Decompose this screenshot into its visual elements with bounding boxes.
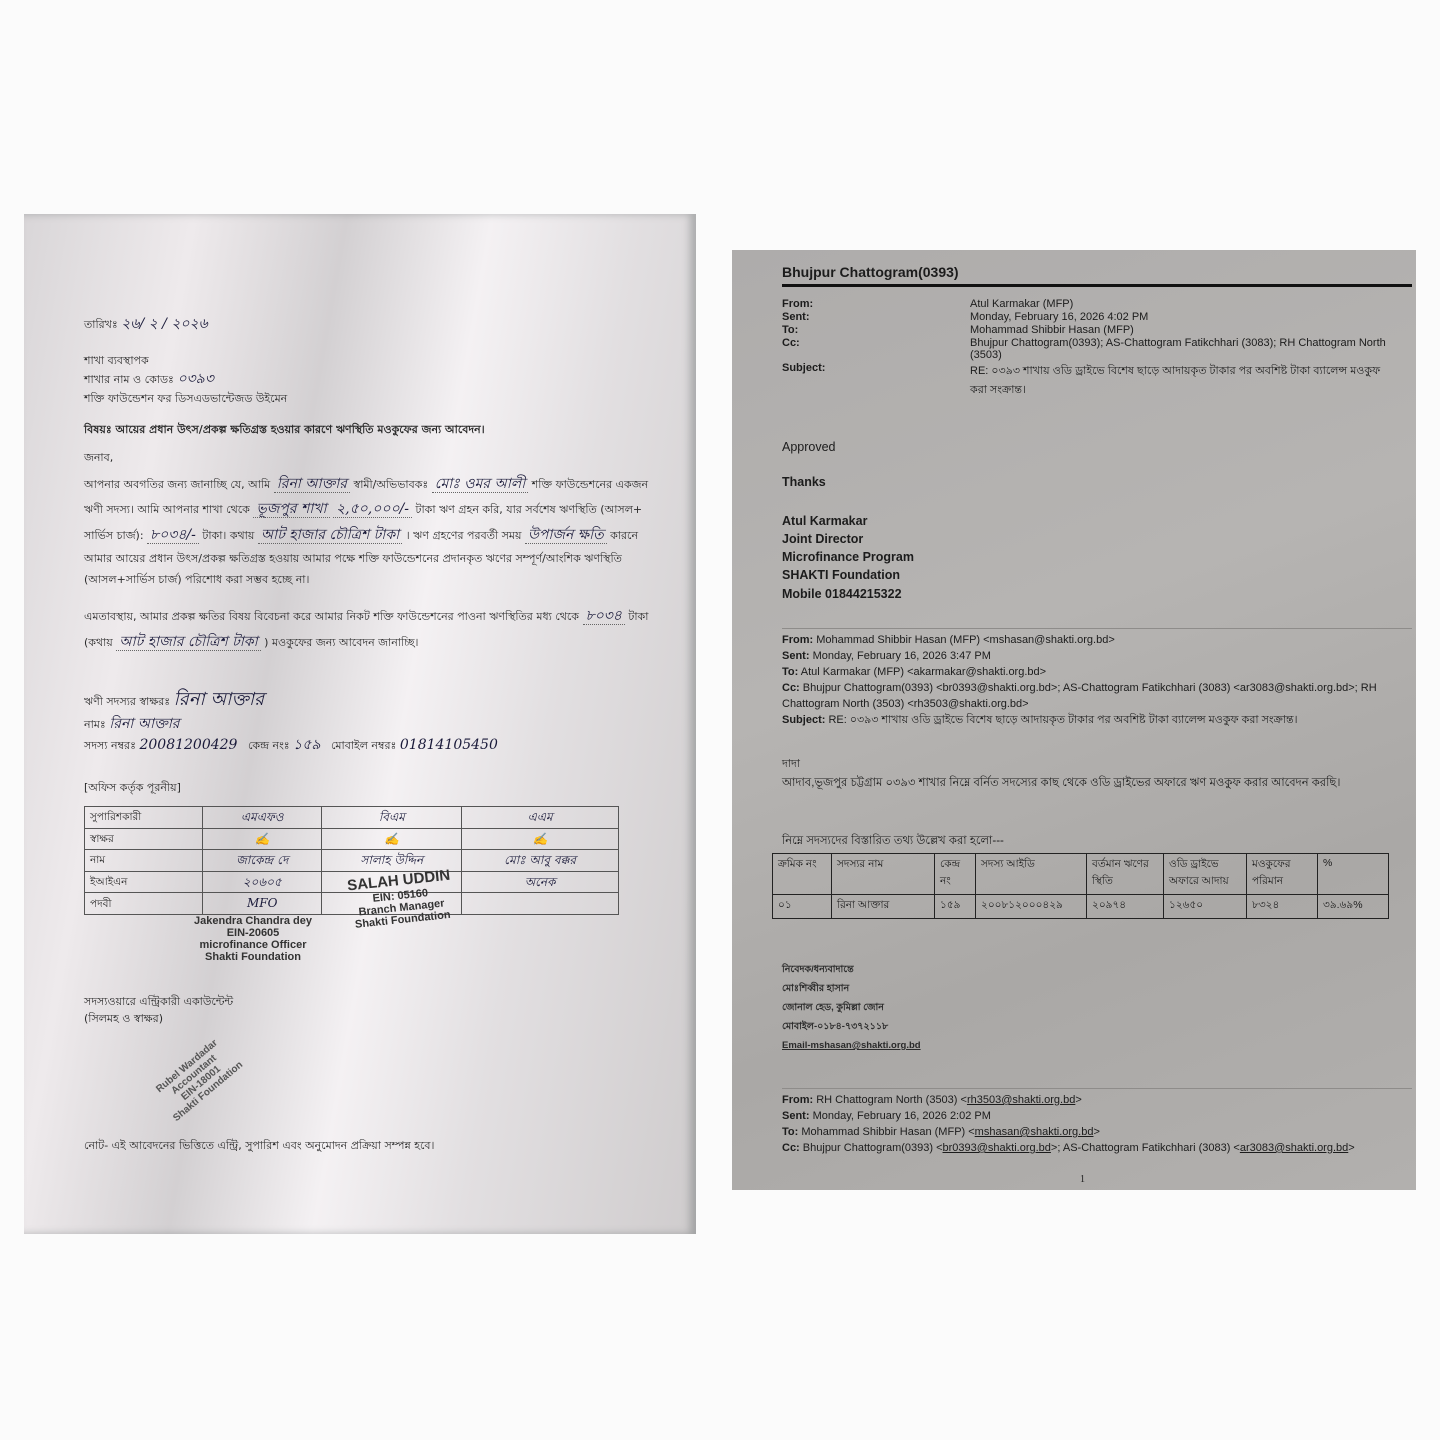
- table-cell: ২০৯৭৪: [1087, 895, 1164, 919]
- printed-email: Bhujpur Chattogram(0393) From: Atul Karm…: [732, 250, 1416, 1190]
- scanned-application-letter: তারিখঃ ২৬/ ২ / ২০২৬ শাখা ব্যবস্থাপক শাখা…: [24, 214, 696, 1234]
- branch-handwritten: ভূজপুর শাখা: [253, 501, 329, 518]
- email-closing: নিবেদক/ধন্যবাদান্তে মোঃশিব্বীর হাসান জোন…: [782, 960, 1392, 1055]
- text: ) মওকুফের জন্য আবেদন জানাচ্ছি।: [264, 636, 418, 649]
- to-label: To:: [782, 324, 970, 336]
- waive-amount-handwritten: ৮০৩৪: [583, 608, 625, 625]
- table-cell: ২০০৮১২০০০৪২৯: [976, 895, 1087, 919]
- email-body: আদাব,ভূজপুর চট্টগ্রাম ০৩৯৩ শাখার নিম্নে …: [782, 775, 1392, 793]
- waive-words-handwritten: আট হাজার চৌত্রিশ টাকা: [116, 634, 260, 651]
- from-email-link[interactable]: rh3503@shakti.org.bd: [967, 1094, 1075, 1106]
- sent-label: Sent:: [782, 650, 810, 662]
- member-name-line: নামঃ রিনা আক্তার: [84, 714, 664, 736]
- from-value: Atul Karmakar (MFP): [970, 298, 1392, 310]
- table-intro: নিম্নে সদস্যদের বিস্তারিত তথ্য উল্লেখ কর…: [782, 832, 1392, 851]
- from-label: From:: [782, 298, 970, 310]
- signature-label: ঋণী সদস্যর স্বাক্ষরঃ: [84, 695, 170, 708]
- punct: >: [1093, 1126, 1099, 1138]
- office-use-note: [অফিস কর্তৃক পূরনীয়]: [84, 779, 664, 796]
- row-label: পদবী: [85, 893, 203, 915]
- stamp-branch-manager: SALAH UDDINEIN: 05160Branch ManagerShakt…: [347, 868, 455, 931]
- cc-email-link[interactable]: ar3083@shakti.org.bd: [1240, 1142, 1348, 1154]
- to-label: To:: [782, 666, 798, 678]
- text: এমতাবস্থায়, আমার প্রকল্প ক্ষতির বিষয় ব…: [84, 610, 579, 623]
- member-signature: রিনা আক্তার: [174, 689, 264, 710]
- cell: অনেক: [462, 871, 619, 893]
- table-cell: ৩৯.৬৯%: [1318, 895, 1389, 919]
- sent-label: Sent:: [782, 311, 970, 323]
- center-no: ১৫৯: [293, 737, 320, 753]
- guardian-handwritten: মোঃ ওমর আলী: [432, 476, 528, 493]
- approval-row: স্বাক্ষর✍✍✍: [85, 828, 619, 850]
- center-label: কেন্দ্র নংঃ: [248, 739, 290, 752]
- stamp-line: EIN-20605: [194, 927, 312, 939]
- stamp-accountant: Rubel WardadarAccountantEIN-18001Shakti …: [150, 1034, 245, 1124]
- stamp-line: Shakti Foundation: [194, 951, 312, 963]
- salutation: জনাব,: [84, 449, 664, 466]
- table-cell: ১২৬৫০: [1164, 895, 1247, 919]
- text: টাকা। কথায়: [202, 529, 254, 542]
- table-cell: রিনা আক্তার: [832, 895, 935, 919]
- column-header: ক্রমিক নং: [773, 854, 832, 895]
- stamp-line: Jakendra Chandra dey: [194, 915, 312, 927]
- member-no: 20081200429: [139, 737, 237, 753]
- table-cell: ৮৩২৪: [1247, 895, 1318, 919]
- email-signature: Atul Karmakar Joint Director Microfinanc…: [782, 512, 1392, 603]
- column-header: ওডি ড্রাইভে অফারে আদায়: [1164, 854, 1247, 895]
- branch-line: শাখার নাম ও কোডঃ ০৩৯৩: [84, 369, 664, 391]
- page-number: 1: [1080, 1174, 1085, 1185]
- closing-line: নিবেদক/ধন্যবাদান্তে: [782, 960, 1392, 979]
- to-label: To:: [782, 1126, 798, 1138]
- table-row: ০১রিনা আক্তার১৫৯২০০৮১২০০০৪২৯২০৯৭৪১২৬৫০৮৩…: [773, 895, 1389, 919]
- letter-subject: বিষয়ঃ আয়ের প্রধান উৎস/প্রকল্প ক্ষতিগ্র…: [84, 421, 664, 438]
- member-details-line: সদস্য নম্বরঃ 20081200429 কেন্দ্র নংঃ ১৫৯…: [84, 735, 664, 757]
- subject-value: RE: ০৩৯৩ শাখায় ওডি ড্রাইভে বিশেষ ছাড়ে …: [828, 714, 1297, 726]
- text: স্বামী/অভিভাবকঃ: [354, 478, 429, 491]
- subject-value: RE: ০৩৯৩ শাখায় ওডি ড্রাইভে বিশেষ ছাড়ে …: [970, 362, 1392, 400]
- column-header: %: [1318, 854, 1389, 895]
- table-cell: ০১: [773, 895, 832, 919]
- member-name-handwritten: রিনা আক্তার: [274, 476, 350, 493]
- sig-mobile: Mobile 01844215322: [782, 585, 1392, 603]
- cc-email-link[interactable]: br0393@shakti.org.bd: [943, 1142, 1051, 1154]
- table-cell: ১৫৯: [935, 895, 976, 919]
- date-value: ২৬/ ২ / ২০২৬: [121, 316, 208, 332]
- quoted-email-2-header: From: RH Chattogram North (3503) <rh3503…: [782, 1088, 1412, 1157]
- letter-paragraph-1: আপনার অবগতির জন্য জানাচ্ছি যে, আমি রিনা …: [84, 472, 664, 590]
- cell: মোঃ আবু বক্কর: [462, 850, 619, 872]
- cc-label: Cc:: [782, 337, 970, 361]
- member-name: রিনা আক্তার: [109, 716, 179, 732]
- cc-label: Cc:: [782, 1142, 800, 1154]
- row-label: স্বাক্ষর: [85, 828, 203, 850]
- greeting: দাদা: [782, 755, 1392, 774]
- branch-code: ০৩৯৩: [177, 371, 213, 387]
- approved-text: Approved: [782, 440, 1392, 454]
- closing-title: জোনাল হেড, কুমিল্লা জোন: [782, 998, 1392, 1017]
- cell: ✍: [202, 828, 322, 850]
- subject-label: Subject:: [782, 714, 825, 726]
- closing-name: মোঃশিব্বীর হাসান: [782, 979, 1392, 998]
- text: । ঋণ গ্রহণের পরবর্তী সময়: [406, 529, 522, 542]
- stamp-line: microfinance Officer: [194, 939, 312, 951]
- cell: ✍: [322, 828, 462, 850]
- sent-value: Monday, February 16, 2026 3:47 PM: [813, 650, 991, 662]
- cc-value: Bhujpur Chattogram(0393); AS-Chattogram …: [970, 337, 1392, 361]
- thanks-text: Thanks: [782, 475, 1392, 489]
- row-label: নাম: [85, 850, 203, 872]
- cell: ২০৬০৫: [202, 871, 322, 893]
- member-no-label: সদস্য নম্বরঃ: [84, 739, 136, 752]
- sig-org: SHAKTI Foundation: [782, 566, 1392, 584]
- column-header: সদস্যর নাম: [832, 854, 935, 895]
- cell: [462, 893, 619, 915]
- branch-label: শাখার নাম ও কোডঃ: [84, 373, 174, 386]
- to-email-link[interactable]: mshasan@shakti.org.bd: [975, 1126, 1094, 1138]
- stamp-mfo: Jakendra Chandra deyEIN-20605microfinanc…: [194, 915, 312, 963]
- punct: >: [1348, 1142, 1354, 1154]
- mobile-label: মোবাইল নম্বরঃ: [331, 739, 396, 752]
- approval-row: নামজাকেন্দ্র দেসালাহ উদ্দিনমোঃ আবু বক্কর: [85, 850, 619, 872]
- member-signature-line: ঋণী সদস্যর স্বাক্ষরঃ রিনা আক্তার: [84, 686, 664, 714]
- column-header: কেন্দ্র নং: [935, 854, 976, 895]
- cc-value: Bhujpur Chattogram(0393) <br0393@shakti.…: [782, 682, 1377, 710]
- quoted-email-1-header: From: Mohammad Shibbir Hasan (MFP) <msha…: [782, 628, 1412, 729]
- reason-handwritten: উপার্জন ক্ষতি: [525, 527, 607, 544]
- cell: এএম: [462, 807, 619, 829]
- date-label: তারিখঃ: [84, 318, 118, 331]
- cell: বিএম: [322, 807, 462, 829]
- to-value: Atul Karmakar (MFP) <akarmakar@shakti.or…: [801, 666, 1046, 678]
- subject-label: Subject:: [782, 362, 970, 400]
- row-label: সুপারিশকারী: [85, 807, 203, 829]
- from-label: From:: [782, 1094, 813, 1106]
- cell: MFO: [202, 893, 322, 915]
- waiver-table: ক্রমিক নংসদস্যর নামকেন্দ্র নংসদস্য আইডিব…: [772, 853, 1389, 919]
- accountant-sub: (সিলমহ ও স্বাক্ষর): [84, 1010, 664, 1027]
- stamps: Jakendra Chandra deyEIN-20605microfinanc…: [84, 915, 664, 985]
- to-value: Mohammad Shibbir Hasan (MFP): [970, 324, 1392, 336]
- mobile-no: 01814105450: [400, 737, 498, 753]
- cc-name: Bhujpur Chattogram(0393) <: [803, 1142, 943, 1154]
- organization: শক্তি ফাউন্ডেশন ফর ডিসএডভান্টেজড উইমেন: [84, 390, 664, 407]
- cell: জাকেন্দ্র দে: [202, 850, 322, 872]
- column-header: সদস্য আইডি: [976, 854, 1087, 895]
- sig-department: Microfinance Program: [782, 548, 1392, 566]
- sent-value: Monday, February 16, 2026 2:02 PM: [813, 1110, 991, 1122]
- sent-value: Monday, February 16, 2026 4:02 PM: [970, 311, 1392, 323]
- balance-handwritten: ৮০৩৪/-: [147, 527, 199, 544]
- cell: এমএফও: [202, 807, 322, 829]
- recipient: শাখা ব্যবস্থাপক: [84, 352, 664, 369]
- closing-email: Email-mshasan@shakti.org.bd: [782, 1036, 1392, 1055]
- sig-title: Joint Director: [782, 530, 1392, 548]
- email-mailbox-title: Bhujpur Chattogram(0393): [782, 264, 1412, 287]
- email-header: From: Atul Karmakar (MFP) Sent: Monday, …: [782, 298, 1392, 400]
- name-label: নামঃ: [84, 718, 106, 731]
- from-name: RH Chattogram North (3503) <: [816, 1094, 967, 1106]
- accountant-label: সদস্যওয়ারে এন্ট্রিকারী একাউন্টেন্ট: [84, 993, 664, 1010]
- from-value: Mohammad Shibbir Hasan (MFP) <mshasan@sh…: [816, 634, 1115, 646]
- footer-note: নোট- এই আবেদনের ভিত্তিতে এন্ট্রি, সুপারি…: [84, 1137, 664, 1154]
- to-name: Mohammad Shibbir Hasan (MFP) <: [801, 1126, 974, 1138]
- cell: ✍: [462, 828, 619, 850]
- cc-name: >; AS-Chattogram Fatikchhari (3083) <: [1051, 1142, 1240, 1154]
- from-label: From:: [782, 634, 813, 646]
- column-header: বর্তমান ঋণের স্থিতি: [1087, 854, 1164, 895]
- closing-mobile: মোবাইল-০১৮৪-৭৩৭২১১৮: [782, 1017, 1392, 1036]
- punct: >: [1075, 1094, 1081, 1106]
- loan-amount-handwritten: ২,৫০,০০০/-: [333, 501, 412, 518]
- row-label: ইআইএন: [85, 871, 203, 893]
- text: আপনার অবগতির জন্য জানাচ্ছি যে, আমি: [84, 478, 270, 491]
- balance-words-handwritten: আট হাজার চৌত্রিশ টাকা: [258, 527, 402, 544]
- approval-row: সুপারিশকারীএমএফওবিএমএএম: [85, 807, 619, 829]
- column-header: মওকুফের পরিমান: [1247, 854, 1318, 895]
- sig-name: Atul Karmakar: [782, 512, 1392, 530]
- member-signature-block: ঋণী সদস্যর স্বাক্ষরঃ রিনা আক্তার নামঃ রি…: [84, 686, 664, 757]
- sent-label: Sent:: [782, 1110, 810, 1122]
- letter-date: তারিখঃ ২৬/ ২ / ২০২৬: [84, 314, 664, 336]
- accountant-block: সদস্যওয়ারে এন্ট্রিকারী একাউন্টেন্ট (সিল…: [84, 993, 664, 1067]
- cc-label: Cc:: [782, 682, 800, 694]
- letter-paragraph-2: এমতাবস্থায়, আমার প্রকল্প ক্ষতির বিষয় ব…: [84, 604, 664, 656]
